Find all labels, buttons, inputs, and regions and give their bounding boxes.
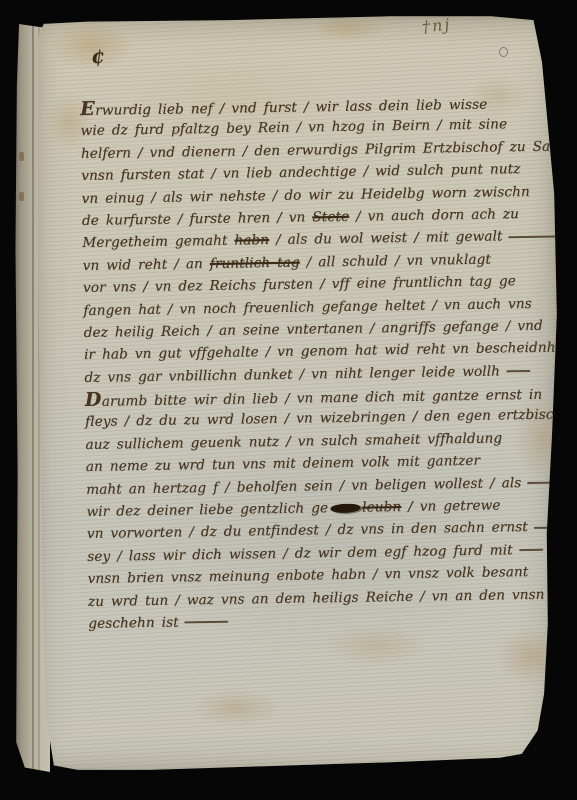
line-filler-flourish: [534, 526, 577, 529]
line-text: / vn getrewe: [401, 497, 500, 515]
binding-stitch: [19, 152, 24, 161]
folio-number: †nj: [421, 15, 452, 37]
line-text: / vn auch dorn ach zu: [349, 206, 519, 225]
paragraph-mark: ¢: [90, 44, 106, 69]
line-text: geschehn ist: [88, 614, 179, 631]
line-text: de kurfurste / furste hren / vn: [82, 209, 313, 229]
struck-text: Stete: [312, 209, 349, 226]
line-text: / all schuld / vn vnuklagt: [300, 251, 491, 270]
page-content: †nj ¢ Erwurdig lieb nef / vnd furst / wi…: [30, 14, 560, 776]
line-text: wir dez deiner liebe gentzlich ge: [86, 500, 328, 520]
marginal-circle-mark: [499, 47, 508, 57]
line-text: vn vorworten / dz du entfindest / dz vns…: [87, 519, 528, 542]
line-filler-flourish: [519, 549, 543, 551]
line-text: dz vns gar vnbillichn dunket / vn niht l…: [84, 363, 500, 386]
line-filler-flourish: [185, 621, 229, 624]
line-filler-flourish: [509, 235, 577, 238]
line-text: sey / lass wir dich wissen / dz wir dem …: [87, 542, 513, 565]
line-filler-flourish: [506, 370, 530, 372]
line-filler-flourish: [527, 481, 571, 484]
struck-text: leubn: [362, 499, 401, 516]
ink-blot: [330, 504, 360, 513]
struck-text: habn: [234, 232, 269, 249]
struck-text: fruntlich tag: [210, 254, 300, 271]
line-text: / als du wol weist / mit gewalt: [269, 229, 503, 249]
line-text: vn wid reht / an: [83, 256, 210, 274]
binding-stitch: [19, 192, 24, 201]
photo-background: †nj ¢ Erwurdig lieb nef / vnd furst / wi…: [0, 0, 577, 800]
line-text: maht an hertzag f / beholfen sein / vn b…: [86, 475, 521, 498]
manuscript-page: †nj ¢ Erwurdig lieb nef / vnd furst / wi…: [30, 14, 560, 776]
text-block: Erwurdig lieb nef / vnd furst / wir lass…: [80, 91, 562, 636]
gutter-fold-seam: [32, 24, 34, 772]
line-text: Mergetheim gemaht: [82, 233, 234, 251]
